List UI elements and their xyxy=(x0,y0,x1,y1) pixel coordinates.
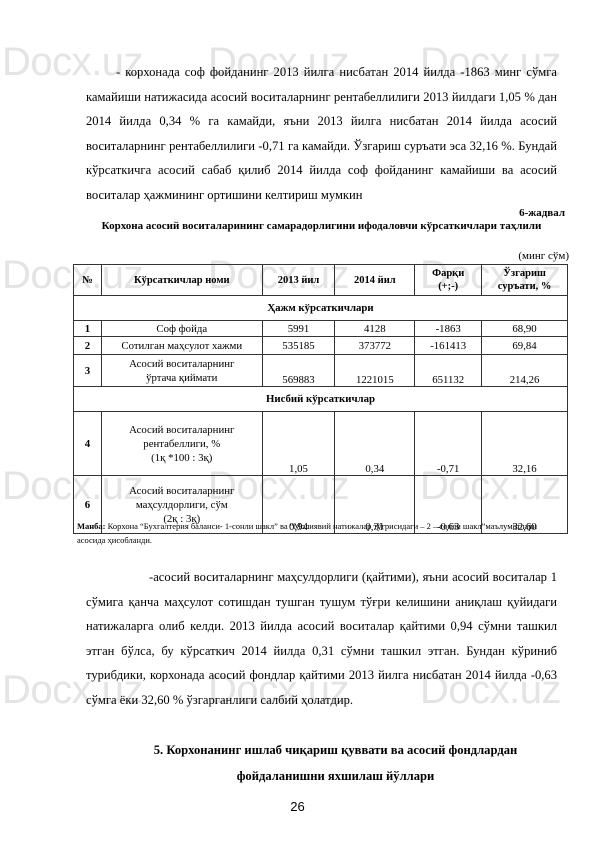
value-diff: -0,71 xyxy=(415,412,482,476)
section-heading: 5. Корхонанинг ишлаб чиқариш қуввати ва … xyxy=(86,737,557,789)
indicator-name: Соф фойда xyxy=(101,321,262,337)
value-y2014: 1221015 xyxy=(335,355,415,387)
indicator-name: Асосий воситаларнингрентабеллиги, %(1қ *… xyxy=(101,412,262,476)
header-diff: Фарқи(+;-) xyxy=(415,265,482,296)
value-diff: 651132 xyxy=(415,355,482,387)
value-rate: 68,90 xyxy=(482,321,568,337)
table-label: 6-жадвал xyxy=(519,207,565,219)
value-y2013: 5991 xyxy=(262,321,335,337)
document-page: - корхонада соф фойданинг 2013 йилга нис… xyxy=(0,0,595,842)
table-row: 2Сотилган маҳсулот хажми535185373772-161… xyxy=(74,337,568,355)
value-diff: -161413 xyxy=(415,337,482,355)
header-2013: 2013 йил xyxy=(262,265,335,296)
indicator-name: Асосий воситаларнингўртача қиймати xyxy=(101,355,262,387)
body-paragraph: - корхонада соф фойданинг 2013 йилга нис… xyxy=(86,60,557,207)
row-number: 4 xyxy=(74,412,102,476)
value-y2013: 569883 xyxy=(262,355,335,387)
table-row: 4Асосий воситаларнингрентабеллиги, %(1қ … xyxy=(74,412,568,476)
row-number: 1 xyxy=(74,321,102,337)
value-y2013: 1,05 xyxy=(262,412,335,476)
indicators-table: № Кўрсаткичлар номи 2013 йил 2014 йил Фа… xyxy=(73,264,568,534)
body-paragraph: -асосий воситаларнинг маҳсулдорлиги (қай… xyxy=(86,565,557,712)
table-row: 1Соф фойда59914128-186368,90 xyxy=(74,321,568,337)
section-row: Ҳажм кўрсаткичлари xyxy=(74,296,568,321)
value-rate: 69,84 xyxy=(482,337,568,355)
row-number: 3 xyxy=(74,355,102,387)
table-unit: (минг сўм) xyxy=(518,250,569,262)
row-number: 2 xyxy=(74,337,102,355)
page-number: 26 xyxy=(0,799,595,814)
value-diff: -1863 xyxy=(415,321,482,337)
value-y2014: 0,34 xyxy=(335,412,415,476)
section-relative: Нисбий кўрсаткичлар xyxy=(74,387,568,412)
table-header-row: № Кўрсаткичлар номи 2013 йил 2014 йил Фа… xyxy=(74,265,568,296)
value-y2014: 373772 xyxy=(335,337,415,355)
header-name: Кўрсаткичлар номи xyxy=(101,265,262,296)
table-source: Манба: Корхона “Бухгалтерия баланси- 1-с… xyxy=(77,519,557,547)
indicator-name: Сотилган маҳсулот хажми xyxy=(101,337,262,355)
header-rate: Ўзгаришсуръати, % xyxy=(482,265,568,296)
section-volume: Ҳажм кўрсаткичлари xyxy=(74,296,568,321)
header-2014: 2014 йил xyxy=(335,265,415,296)
table-title: Корхона асосий воситаларининг самарадорл… xyxy=(86,219,557,234)
header-no: № xyxy=(74,265,102,296)
value-rate: 214,26 xyxy=(482,355,568,387)
value-y2014: 4128 xyxy=(335,321,415,337)
table-row: 3Асосий воситаларнингўртача қиймати56988… xyxy=(74,355,568,387)
section-row: Нисбий кўрсаткичлар xyxy=(74,387,568,412)
value-rate: 32,16 xyxy=(482,412,568,476)
value-y2013: 535185 xyxy=(262,337,335,355)
